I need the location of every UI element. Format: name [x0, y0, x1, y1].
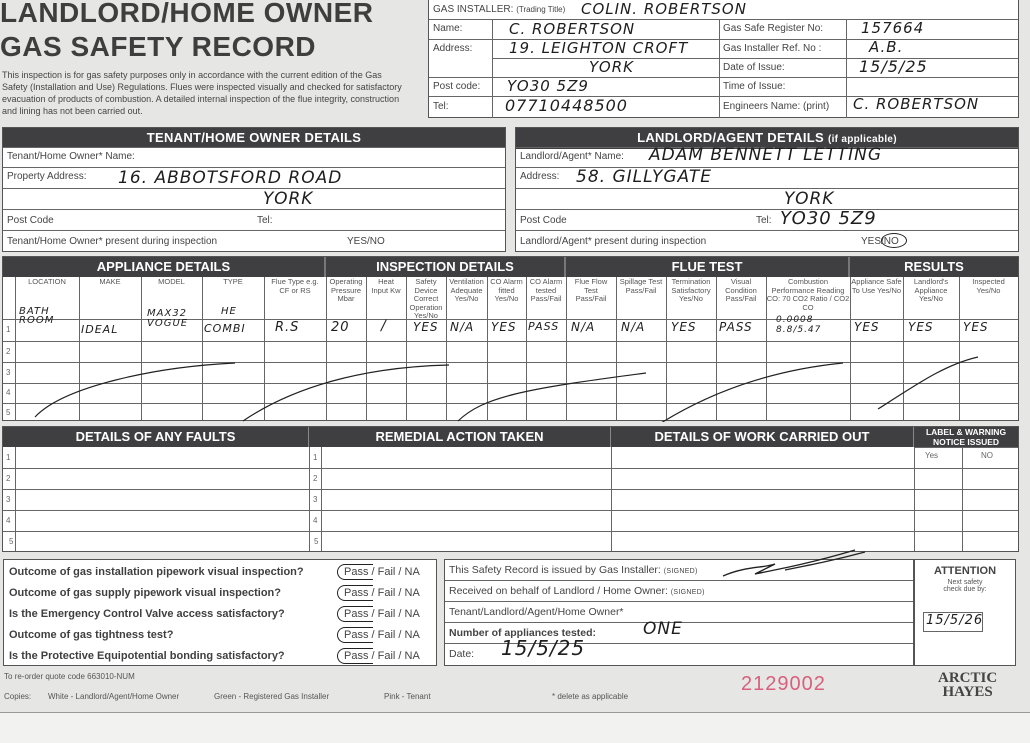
pass-circle — [337, 606, 373, 622]
form-title: LANDLORD/HOME OWNER GAS SAFETY RECORD — [0, 0, 373, 64]
label-yes-header: Yes — [925, 451, 938, 460]
brand-line1: ARCTIC — [938, 671, 997, 685]
installer-ref-label: Gas Installer Ref. No : — [723, 43, 821, 54]
title-line-1: LANDLORD/HOME OWNER — [0, 0, 373, 30]
installer-tel-label: Tel: — [433, 101, 449, 112]
landlord-address-row[interactable]: Address: 58. GILLYGATE — [516, 167, 1018, 188]
installer-ref-value[interactable]: A.B. — [869, 38, 903, 56]
title-line-2: GAS SAFETY RECORD — [0, 30, 373, 64]
tenant-details-heading: TENANT/HOME OWNER DETAILS — [3, 128, 505, 147]
next-check-value: 15/5/26 — [926, 613, 983, 628]
time-of-issue-label: Time of Issue: — [723, 81, 785, 92]
trading-title-hint: (Trading Title) — [516, 5, 565, 14]
pass-circle — [337, 585, 373, 601]
signoff-date-label: Date: — [449, 648, 474, 660]
engineer-name-label: Engineers Name: (print) — [723, 101, 829, 112]
landlord-address-line1: 58. GILLYGATE — [576, 167, 712, 187]
check-question: Outcome of gas installation pipework vis… — [9, 566, 304, 578]
received-label: Received on behalf of Landlord / Home Ow… — [449, 585, 668, 597]
attention-heading: ATTENTION — [915, 565, 1015, 577]
remedial-row-number: 4 — [313, 516, 317, 525]
delete-note: * delete as applicable — [552, 692, 628, 701]
inspection-checks: Outcome of gas installation pipework vis… — [3, 559, 437, 666]
installer-tel-value[interactable]: 07710448500 — [505, 96, 628, 115]
installer-signature — [715, 546, 875, 586]
label-warning-heading-line2: NOTICE ISSUED — [914, 437, 1018, 447]
pass-circle — [337, 564, 373, 580]
installer-name-value[interactable]: C. ROBERTSON — [509, 20, 635, 38]
brand-logo: ARCTIC HAYES — [938, 671, 997, 699]
copy-white: White - Landlord/Agent/Home Owner — [48, 692, 179, 701]
no-selected-circle — [881, 233, 907, 248]
installer-postcode-value[interactable]: YO30 5Z9 — [507, 77, 589, 95]
copy-pink: Pink - Tenant — [384, 692, 431, 701]
tenant-name-row[interactable]: Tenant/Home Owner* Name: — [3, 147, 505, 167]
remedial-row-number: 1 — [313, 453, 317, 462]
landlord-tel-label: Tel: — [756, 215, 772, 226]
gas-installer-box: GAS INSTALLER: (Trading Title) COLIN. RO… — [428, 0, 1019, 118]
faults-heading: DETAILS OF ANY FAULTS — [3, 427, 309, 447]
fault-row-number: 4 — [6, 516, 10, 525]
date-of-issue-label: Date of Issue: — [723, 62, 785, 73]
tenant-tel-label: Tel: — [257, 215, 273, 226]
trading-title-label: GAS INSTALLER: — [433, 4, 513, 15]
brand-line2: HAYES — [938, 685, 997, 699]
landlord-heading-text: LANDLORD/AGENT DETAILS — [637, 130, 824, 145]
engineer-name-value[interactable]: C. ROBERTSON — [853, 95, 979, 113]
copies-label: Copies: — [4, 692, 31, 701]
fault-row-number: 5 — [9, 537, 13, 546]
signoff-date-value: 15/5/25 — [501, 638, 585, 658]
label-no-header: NO — [981, 451, 993, 460]
fault-row-number: 3 — [6, 495, 10, 504]
property-address-label: Property Address: — [7, 171, 86, 182]
landlord-address-label: Address: — [520, 171, 559, 182]
fault-row-number: 2 — [6, 474, 10, 483]
appliance-table: APPLIANCE DETAILS INSPECTION DETAILS FLU… — [2, 256, 1019, 421]
fault-row-number: 1 — [6, 453, 10, 462]
next-check-field[interactable]: 15/5/26 — [923, 612, 983, 632]
property-address-line2: YORK — [263, 189, 313, 209]
tenant-postcode-label: Post Code — [7, 215, 54, 226]
tenant-postcode-row[interactable]: Post Code Tel: — [3, 209, 505, 230]
remedial-row-number: 3 — [313, 495, 317, 504]
trading-title-row[interactable]: GAS INSTALLER: (Trading Title) COLIN. RO… — [429, 0, 1018, 20]
work-heading: DETAILS OF WORK CARRIED OUT — [611, 427, 914, 447]
tenant-details-section: TENANT/HOME OWNER DETAILS Tenant/Home Ow… — [2, 127, 506, 252]
attention-box: ATTENTION Next safety check due by: 15/5… — [914, 559, 1016, 666]
pass-circle — [337, 627, 373, 643]
landlord-name-label: Landlord/Agent* Name: — [520, 151, 624, 162]
signoff-date-row[interactable]: Date: 15/5/25 — [445, 644, 913, 665]
installer-postcode-label: Post code: — [433, 81, 480, 92]
check-question: Outcome of gas tightness test? — [9, 629, 173, 641]
landlord-postcode-label: Post Code — [520, 215, 567, 226]
installer-name-label: Name: — [433, 23, 462, 34]
installer-address-line2[interactable]: YORK — [589, 58, 634, 76]
reorder-code: To re-order quote code 663010-NUM — [4, 672, 135, 681]
register-value[interactable]: 157664 — [861, 19, 924, 37]
pass-circle — [337, 648, 373, 664]
landlord-present-label: Landlord/Agent* present during inspectio… — [520, 236, 706, 247]
issued-label: This Safety Record is issued by Gas Inst… — [449, 564, 661, 576]
register-label: Gas Safe Register No: — [723, 23, 823, 34]
landlord-heading-note: (if applicable) — [828, 134, 897, 145]
attention-line1: Next safety — [915, 579, 1015, 586]
tenant-present-label: Tenant/Home Owner* present during inspec… — [7, 236, 217, 247]
trading-title-value: COLIN. ROBERTSON — [581, 0, 747, 18]
landlord-details-section: LANDLORD/AGENT DETAILS (if applicable) L… — [515, 127, 1019, 252]
tenant-present-row[interactable]: Tenant/Home Owner* present during inspec… — [3, 230, 505, 252]
landlord-present-row[interactable]: Landlord/Agent* present during inspectio… — [516, 230, 1018, 252]
strike-lines — [3, 257, 1020, 422]
copy-green: Green - Registered Gas Installer — [214, 692, 329, 701]
check-question: Outcome of gas supply pipework visual in… — [9, 587, 281, 599]
remedial-row-number: 5 — [314, 537, 318, 546]
serial-number: 2129002 — [741, 673, 826, 696]
property-address-line1: 16. ABBOTSFORD ROAD — [118, 168, 342, 188]
label-warning-heading: LABEL & WARNING NOTICE ISSUED — [914, 427, 1018, 447]
date-of-issue-value[interactable]: 15/5/25 — [859, 57, 928, 76]
remedial-row-number: 2 — [313, 474, 317, 483]
received-hint: (SIGNED) — [671, 589, 705, 596]
tenant-present-options[interactable]: YES/NO — [347, 236, 385, 247]
appliances-tested-value: ONE — [643, 619, 683, 639]
installer-address-line1[interactable]: 19. LEIGHTON CROFT — [509, 39, 688, 57]
installer-address-label: Address: — [433, 43, 472, 54]
issued-hint: (SIGNED) — [664, 568, 698, 575]
property-address-row[interactable]: Property Address: 16. ABBOTSFORD ROAD — [3, 167, 505, 188]
tenant-name-label: Tenant/Home Owner* Name: — [7, 151, 135, 162]
faults-section: DETAILS OF ANY FAULTS REMEDIAL ACTION TA… — [2, 426, 1019, 552]
scan-margin — [0, 713, 1030, 743]
signoff-box: This Safety Record is issued by Gas Inst… — [444, 559, 914, 666]
landlord-postcode-row[interactable]: Post Code Tel: YO30 5Z9 — [516, 209, 1018, 230]
landlord-name-value: ADAM BENNETT LETTING — [649, 145, 882, 165]
role-label: Tenant/Landlord/Agent/Home Owner* — [449, 606, 624, 618]
label-warning-heading-line1: LABEL & WARNING — [914, 427, 1018, 437]
attention-line2: check due by: — [915, 586, 1015, 593]
property-address-row-2[interactable]: YORK — [3, 188, 505, 209]
intro-paragraph: This inspection is for gas safety purpos… — [2, 69, 402, 117]
check-question: Is the Emergency Control Valve access sa… — [9, 608, 285, 620]
landlord-name-row[interactable]: Landlord/Agent* Name: ADAM BENNETT LETTI… — [516, 147, 1018, 167]
remedial-heading: REMEDIAL ACTION TAKEN — [309, 427, 611, 447]
landlord-address-row-2[interactable]: YORK — [516, 188, 1018, 209]
landlord-address-line2: YORK — [784, 189, 834, 209]
check-question: Is the Protective Equipotential bonding … — [9, 650, 285, 662]
landlord-tel-value: YO30 5Z9 — [780, 208, 877, 229]
